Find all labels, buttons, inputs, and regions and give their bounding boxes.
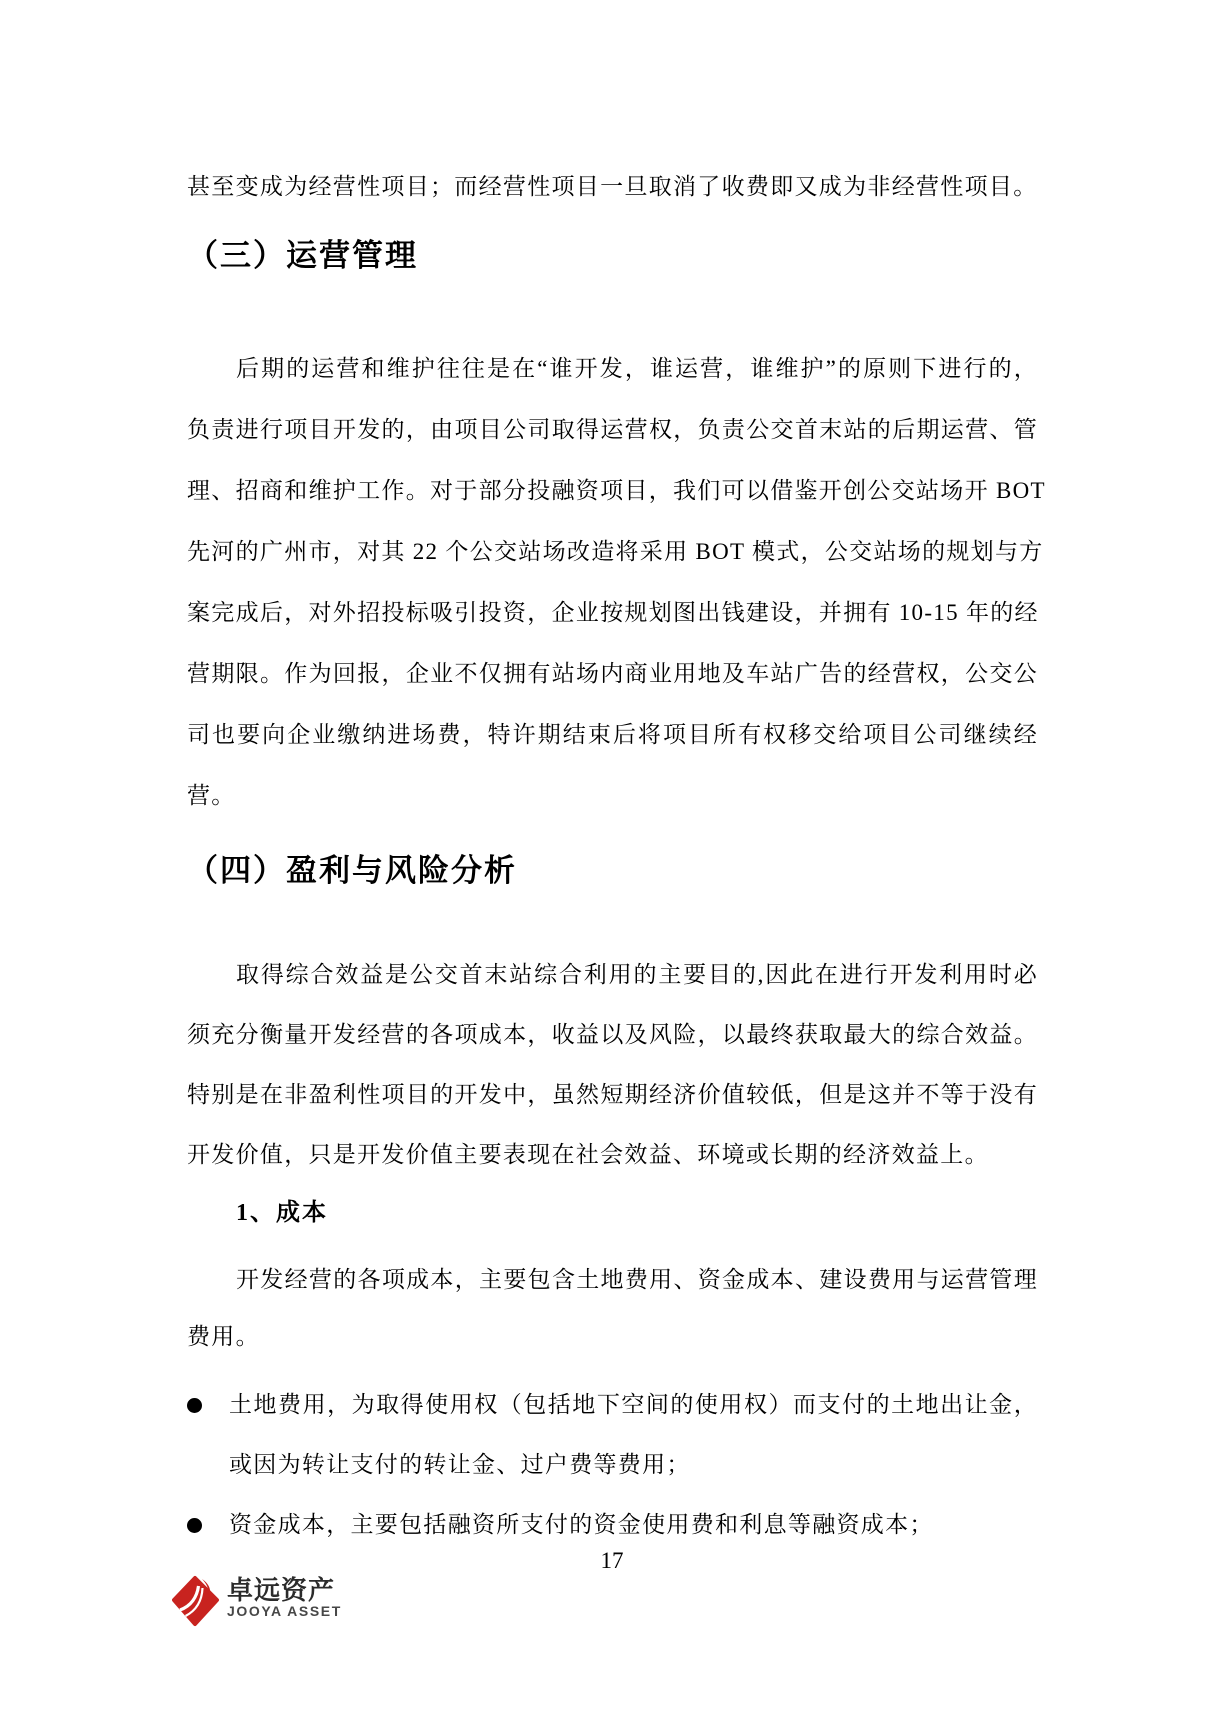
text-line: 司也要向企业缴纳进场费，特许期结束后将项目所有权移交给项目公司继续经 bbox=[187, 704, 1038, 765]
page-number: 17 bbox=[0, 1547, 1224, 1575]
text-line: 开发经营的各项成本，主要包含土地费用、资金成本、建设费用与运营管理 bbox=[187, 1251, 1038, 1308]
text-line: 营。 bbox=[187, 765, 1038, 826]
text-line: 先河的广州市，对其 22 个公交站场改造将采用 BOT 模式，公交站场的规划与方 bbox=[187, 521, 1038, 582]
logo-diamond-icon bbox=[172, 1575, 220, 1628]
logo-name-cn: 卓远资产 bbox=[227, 1577, 342, 1604]
section-heading-profit-risk: （四）盈利与风险分析 bbox=[187, 851, 517, 891]
text-line: 营期限。作为回报，企业不仅拥有站场内商业用地及车站广告的经营权，公交公 bbox=[187, 643, 1038, 704]
text-line: 取得综合效益是公交首末站综合利用的主要目的,因此在进行开发利用时必 bbox=[187, 945, 1038, 1005]
document-page: 甚至变成为经营性项目；而经营性项目一旦取消了收费即又成为非经营性项目。 （三）运… bbox=[0, 0, 1224, 1720]
cost-bullet-list: 土地费用，为取得使用权（包括地下空间的使用权）而支付的土地出让金，或因为转让支付… bbox=[187, 1375, 1038, 1555]
paragraph-operation: 后期的运营和维护往往是在“谁开发，谁运营，谁维护”的原则下进行的，负责进行项目开… bbox=[187, 338, 1038, 826]
text-line: 负责进行项目开发的，由项目公司取得运营权，负责公交首末站的后期运营、管 bbox=[187, 399, 1038, 460]
text-line: 甚至变成为经营性项目；而经营性项目一旦取消了收费即又成为非经营性项目。 bbox=[187, 158, 1038, 215]
text-line: 须充分衡量开发经营的各项成本，收益以及风险，以最终获取最大的综合效益。 bbox=[187, 1005, 1038, 1065]
logo-name-en: JOOYA ASSET bbox=[227, 1604, 342, 1619]
subheading-cost: 1、成本 bbox=[236, 1198, 328, 1228]
paragraph-cost: 开发经营的各项成本，主要包含土地费用、资金成本、建设费用与运营管理费用。 bbox=[187, 1251, 1038, 1365]
bullet-dot-icon bbox=[187, 1398, 202, 1413]
company-logo: 卓远资产 JOOYA ASSET bbox=[172, 1575, 342, 1628]
text-line: 后期的运营和维护往往是在“谁开发，谁运营，谁维护”的原则下进行的， bbox=[187, 338, 1038, 399]
bullet-item: 土地费用，为取得使用权（包括地下空间的使用权）而支付的土地出让金，或因为转让支付… bbox=[187, 1375, 1038, 1495]
bullet-dot-icon bbox=[187, 1518, 202, 1533]
text-line: 案完成后，对外招投标吸引投资，企业按规划图出钱建设，并拥有 10-15 年的经 bbox=[187, 582, 1038, 643]
paragraph-profit-risk: 取得综合效益是公交首末站综合利用的主要目的,因此在进行开发利用时必须充分衡量开发… bbox=[187, 945, 1038, 1185]
bullet-item: 资金成本，主要包括融资所支付的资金使用费和利息等融资成本； bbox=[187, 1495, 1038, 1555]
text-line: 特别是在非盈利性项目的开发中，虽然短期经济价值较低，但是这并不等于没有 bbox=[187, 1065, 1038, 1125]
text-line: 开发价值，只是开发价值主要表现在社会效益、环境或长期的经济效益上。 bbox=[187, 1125, 1038, 1185]
lead-paragraph: 甚至变成为经营性项目；而经营性项目一旦取消了收费即又成为非经营性项目。 bbox=[187, 158, 1038, 215]
text-line: 或因为转让支付的转让金、过户费等费用； bbox=[229, 1435, 1038, 1495]
text-line: 理、招商和维护工作。对于部分投融资项目，我们可以借鉴开创公交站场开 BOT bbox=[187, 460, 1038, 521]
section-heading-operation: （三）运营管理 bbox=[187, 236, 418, 276]
text-line: 资金成本，主要包括融资所支付的资金使用费和利息等融资成本； bbox=[229, 1495, 1038, 1555]
text-line: 费用。 bbox=[187, 1308, 1038, 1365]
text-line: 土地费用，为取得使用权（包括地下空间的使用权）而支付的土地出让金， bbox=[229, 1375, 1038, 1435]
